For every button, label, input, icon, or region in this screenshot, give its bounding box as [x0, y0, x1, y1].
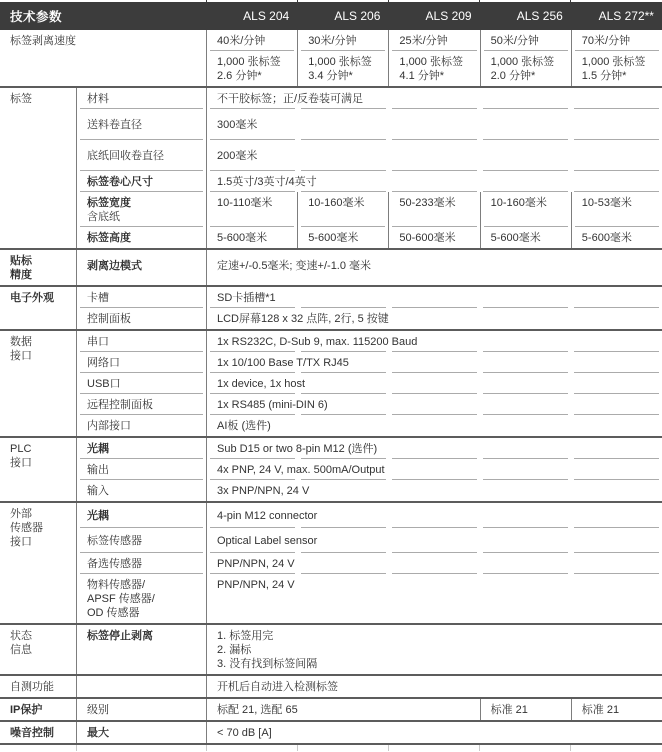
- spec-value-cell: PNP/NPN, 24 V: [206, 553, 662, 574]
- spec-section: 贴标 精度剥离边模式定速+/-0.5毫米; 变速+/-1.0 毫米: [0, 248, 662, 285]
- spec-value-cell: < 70 dB [A]: [206, 722, 662, 743]
- spec-value-cell: 1,000 张标签 3.4 分钟*: [297, 51, 388, 86]
- spec-param-label: 远程控制面板: [76, 394, 206, 415]
- spec-value-cell: Optical Label sensor: [206, 528, 662, 553]
- column-tick: [76, 745, 77, 751]
- spec-group-label: PLC 接口: [0, 438, 76, 501]
- spec-value-cell: 1. 标签用完 2. 漏标 3. 没有找到标签间隔: [206, 625, 662, 674]
- spec-param-label: 备选传感器: [76, 553, 206, 574]
- model-column-header: ALS 209: [388, 4, 479, 28]
- spec-param-label: 底纸回收卷直径: [76, 140, 206, 171]
- spec-section: 外部 传感器 接口光耦4-pin M12 connector标签传感器Optic…: [0, 501, 662, 623]
- spec-value-cell: 10-160毫米: [297, 192, 388, 227]
- column-tick: [297, 0, 298, 2]
- spec-param-label: 输入: [76, 480, 206, 501]
- model-column-header: ALS 206: [297, 4, 388, 28]
- spec-group-label: 标签: [0, 88, 76, 248]
- model-column-header: ALS 256: [480, 4, 571, 28]
- spec-value-cell: LCD屏幕128 x 32 点阵, 2行, 5 按键: [206, 308, 662, 329]
- spec-value-cell: 1.5英寸/3英寸/4英寸: [206, 171, 662, 192]
- spec-section: 标签剥离速度40米/分钟30米/分钟25米/分钟50米/分钟70米/分钟1,00…: [0, 30, 662, 86]
- spec-value-cell: 70米/分钟: [571, 30, 662, 51]
- spec-value-cell: PNP/NPN, 24 V: [206, 574, 662, 623]
- column-tick: [479, 745, 480, 751]
- spec-param-label: [76, 676, 206, 697]
- spec-value-cell: 50-233毫米: [388, 192, 479, 227]
- spec-value-cell: 不干胶标签；正/反卷装可满足: [206, 88, 662, 109]
- spec-section: 噪音控制最大< 70 dB [A]: [0, 720, 662, 743]
- column-tick: [297, 745, 298, 751]
- spec-param-label: 剥离边模式: [76, 250, 206, 285]
- spec-value-cell: 5-600毫米: [571, 227, 662, 248]
- spec-param-label: 材料: [76, 88, 206, 109]
- spec-value-cell: 4x PNP, 24 V, max. 500mA/Output: [206, 459, 662, 480]
- spec-section: IP保护级别标配 21, 选配 65标准 21标准 21: [0, 697, 662, 720]
- spec-param-label: 标签宽度 含底纸: [76, 192, 206, 227]
- spec-param-label: 级别: [76, 699, 206, 720]
- spec-group-label: 外部 传感器 接口: [0, 503, 76, 623]
- column-tick: [570, 745, 571, 751]
- model-column-header: ALS 272**: [571, 4, 662, 28]
- spec-value-cell: 200毫米: [206, 140, 662, 171]
- spec-group-label: 自测功能: [0, 676, 76, 697]
- column-tick: [570, 0, 571, 2]
- spec-param-label: 最大: [76, 722, 206, 743]
- spec-value-cell: 30米/分钟: [297, 30, 388, 51]
- spec-param-label: 标签停止剥离: [76, 625, 206, 674]
- column-tick: [388, 0, 389, 2]
- column-tick: [479, 0, 480, 2]
- spec-group-label: IP保护: [0, 699, 76, 720]
- spec-value-cell: 5-600毫米: [297, 227, 388, 248]
- spec-value-cell: 10-110毫米: [206, 192, 297, 227]
- spec-value-cell: 4-pin M12 connector: [206, 503, 662, 528]
- spec-value-cell: 3x PNP/NPN, 24 V: [206, 480, 662, 501]
- spec-value-cell: 50-600毫米: [388, 227, 479, 248]
- spec-param-label: 光耦: [76, 438, 206, 459]
- spec-section: PLC 接口光耦Sub D15 or two 8-pin M12 (选件)输出4…: [0, 436, 662, 501]
- table-title: 技术参数: [0, 2, 206, 30]
- spec-value-cell: 1x RS485 (mini-DIN 6): [206, 394, 662, 415]
- spec-value-cell: 1,000 张标签 2.0 分钟*: [480, 51, 571, 86]
- spec-param-label: 光耦: [76, 503, 206, 528]
- spec-param-label: 网络口: [76, 352, 206, 373]
- spec-group-label: 数据 接口: [0, 331, 76, 436]
- spec-group-label: 状态 信息: [0, 625, 76, 674]
- spec-value-cell: 1,000 张标签 1.5 分钟*: [571, 51, 662, 86]
- column-tick: [388, 745, 389, 751]
- spec-value-cell: 50米/分钟: [480, 30, 571, 51]
- table-header: 技术参数 ALS 204ALS 206ALS 209ALS 256ALS 272…: [0, 2, 662, 30]
- spec-section: 状态 信息标签停止剥离1. 标签用完 2. 漏标 3. 没有找到标签间隔: [0, 623, 662, 674]
- spec-value-cell: 开机后自动进入检测标签: [206, 676, 662, 697]
- spec-value-cell: 1x 10/100 Base T/TX RJ45: [206, 352, 662, 373]
- spec-group-label: 贴标 精度: [0, 250, 76, 285]
- spec-value-cell: 标准 21: [571, 699, 662, 720]
- model-column-header: ALS 204: [206, 4, 297, 28]
- spec-section: 自测功能开机后自动进入检测标签: [0, 674, 662, 697]
- spec-param-label: 标签传感器: [76, 528, 206, 553]
- spec-param-label: 标签高度: [76, 227, 206, 248]
- spec-value-cell: 25米/分钟: [388, 30, 479, 51]
- spec-value-cell: 10-160毫米: [480, 192, 571, 227]
- spec-param-label: 物料传感器/ APSF 传感器/ OD 传感器: [76, 574, 206, 623]
- spec-section: 数据 接口串口1x RS232C, D-Sub 9, max. 115200 B…: [0, 329, 662, 436]
- spec-value-cell: SD卡插槽*1: [206, 287, 662, 308]
- spec-value-cell: 40米/分钟: [206, 30, 297, 51]
- spec-sheet: 技术参数 ALS 204ALS 206ALS 209ALS 256ALS 272…: [0, 0, 662, 752]
- spec-value-cell: 5-600毫米: [206, 227, 297, 248]
- spec-value-cell: AI板 (选件): [206, 415, 662, 436]
- spec-value-cell: 标准 21: [480, 699, 571, 720]
- column-tick: [206, 745, 207, 751]
- spec-param-label: 控制面板: [76, 308, 206, 329]
- spec-value-cell: Sub D15 or two 8-pin M12 (选件): [206, 438, 662, 459]
- spec-value-cell: 300毫米: [206, 109, 662, 140]
- spec-value-cell: 5-600毫米: [480, 227, 571, 248]
- top-ticks: [0, 0, 662, 2]
- spec-value-cell: 定速+/-0.5毫米; 变速+/-1.0 毫米: [206, 250, 662, 285]
- spec-value-cell: 10-53毫米: [571, 192, 662, 227]
- spec-section: 电子外观卡槽SD卡插槽*1控制面板LCD屏幕128 x 32 点阵, 2行, 5…: [0, 285, 662, 329]
- spec-value-cell: 1x RS232C, D-Sub 9, max. 115200 Baud: [206, 331, 662, 352]
- table-body: 标签剥离速度40米/分钟30米/分钟25米/分钟50米/分钟70米/分钟1,00…: [0, 30, 662, 745]
- spec-group-label: 噪音控制: [0, 722, 76, 743]
- column-tick: [206, 0, 207, 2]
- spec-value-cell: 1,000 张标签 4.1 分钟*: [388, 51, 479, 86]
- spec-param-label: 卡槽: [76, 287, 206, 308]
- spec-param-label: 输出: [76, 459, 206, 480]
- spec-group-label: 电子外观: [0, 287, 76, 329]
- spec-param-label: 内部接口: [76, 415, 206, 436]
- spec-group-label: 标签剥离速度: [0, 30, 206, 86]
- spec-param-label: 串口: [76, 331, 206, 352]
- spec-section: 标签材料不干胶标签；正/反卷装可满足送料卷直径300毫米底纸回收卷直径200毫米…: [0, 86, 662, 248]
- spec-param-label: USB口: [76, 373, 206, 394]
- spec-param-label: 送料卷直径: [76, 109, 206, 140]
- spec-value-cell: 1x device, 1x host: [206, 373, 662, 394]
- spec-value-cell: 标配 21, 选配 65: [206, 699, 480, 720]
- spec-value-cell: 1,000 张标签 2.6 分钟*: [206, 51, 297, 86]
- spec-param-label: 标签卷心尺寸: [76, 171, 206, 192]
